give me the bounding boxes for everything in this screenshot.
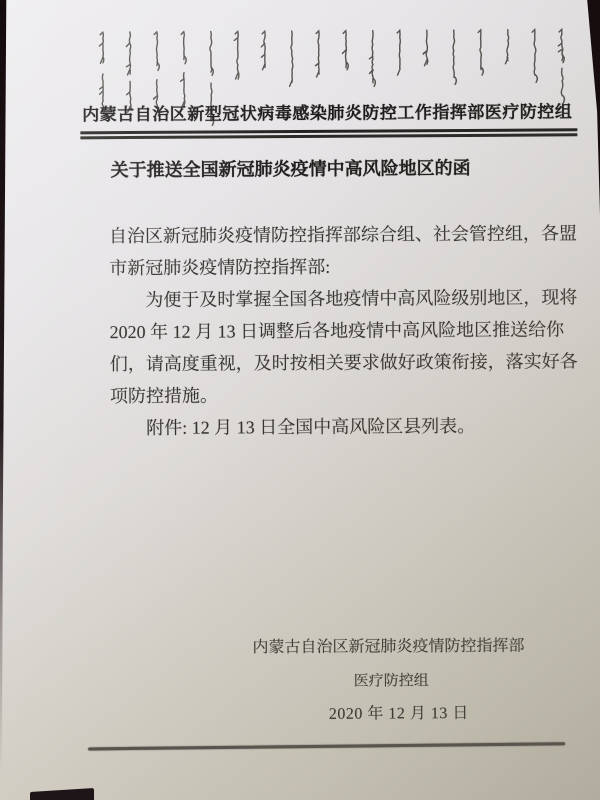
paper-sheet: 内蒙古自治区新型冠状病毒感染肺炎防控工作指挥部医疗防控组 关于推送全国新冠肺炎疫… bbox=[0, 0, 600, 800]
signature-org: 内蒙古自治区新冠肺炎疫情防控指挥部 bbox=[252, 633, 524, 658]
body-line: 市新冠肺炎疫情防控指挥部: bbox=[109, 249, 579, 284]
document-title: 关于推送全国新冠肺炎疫情中高风险地区的函 bbox=[111, 154, 475, 182]
footer-rule bbox=[88, 742, 565, 750]
body-line: 附件: 12 月 13 日全国中高风险区县列表。 bbox=[110, 409, 580, 444]
signature-date: 2020 年 12 月 13 日 bbox=[329, 700, 469, 724]
document-body: 自治区新冠肺炎疫情防控指挥部综合组、社会管控组，各盟市新冠肺炎疫情防控指挥部:为… bbox=[109, 217, 580, 444]
body-line: 自治区新冠肺炎疫情防控指挥部综合组、社会管控组，各盟 bbox=[109, 217, 579, 252]
body-line: 为便于及时掌握全国各地疫情中高风险级别地区，现将 bbox=[109, 281, 579, 316]
signature-group: 医疗防控组 bbox=[354, 669, 429, 690]
body-line: 2020 年 12 月 13 日调整后各地疫情中高风险地区推送给你 bbox=[109, 313, 579, 348]
body-line: 项防控措施。 bbox=[110, 377, 580, 412]
document-photo: 内蒙古自治区新型冠状病毒感染肺炎防控工作指挥部医疗防控组 关于推送全国新冠肺炎疫… bbox=[0, 0, 600, 800]
body-line: 们，请高度重视，及时按相关要求做好政策衔接，落实好各 bbox=[110, 345, 580, 380]
issuing-org-title: 内蒙古自治区新型冠状病毒感染肺炎防控工作指挥部医疗防控组 bbox=[82, 97, 572, 125]
